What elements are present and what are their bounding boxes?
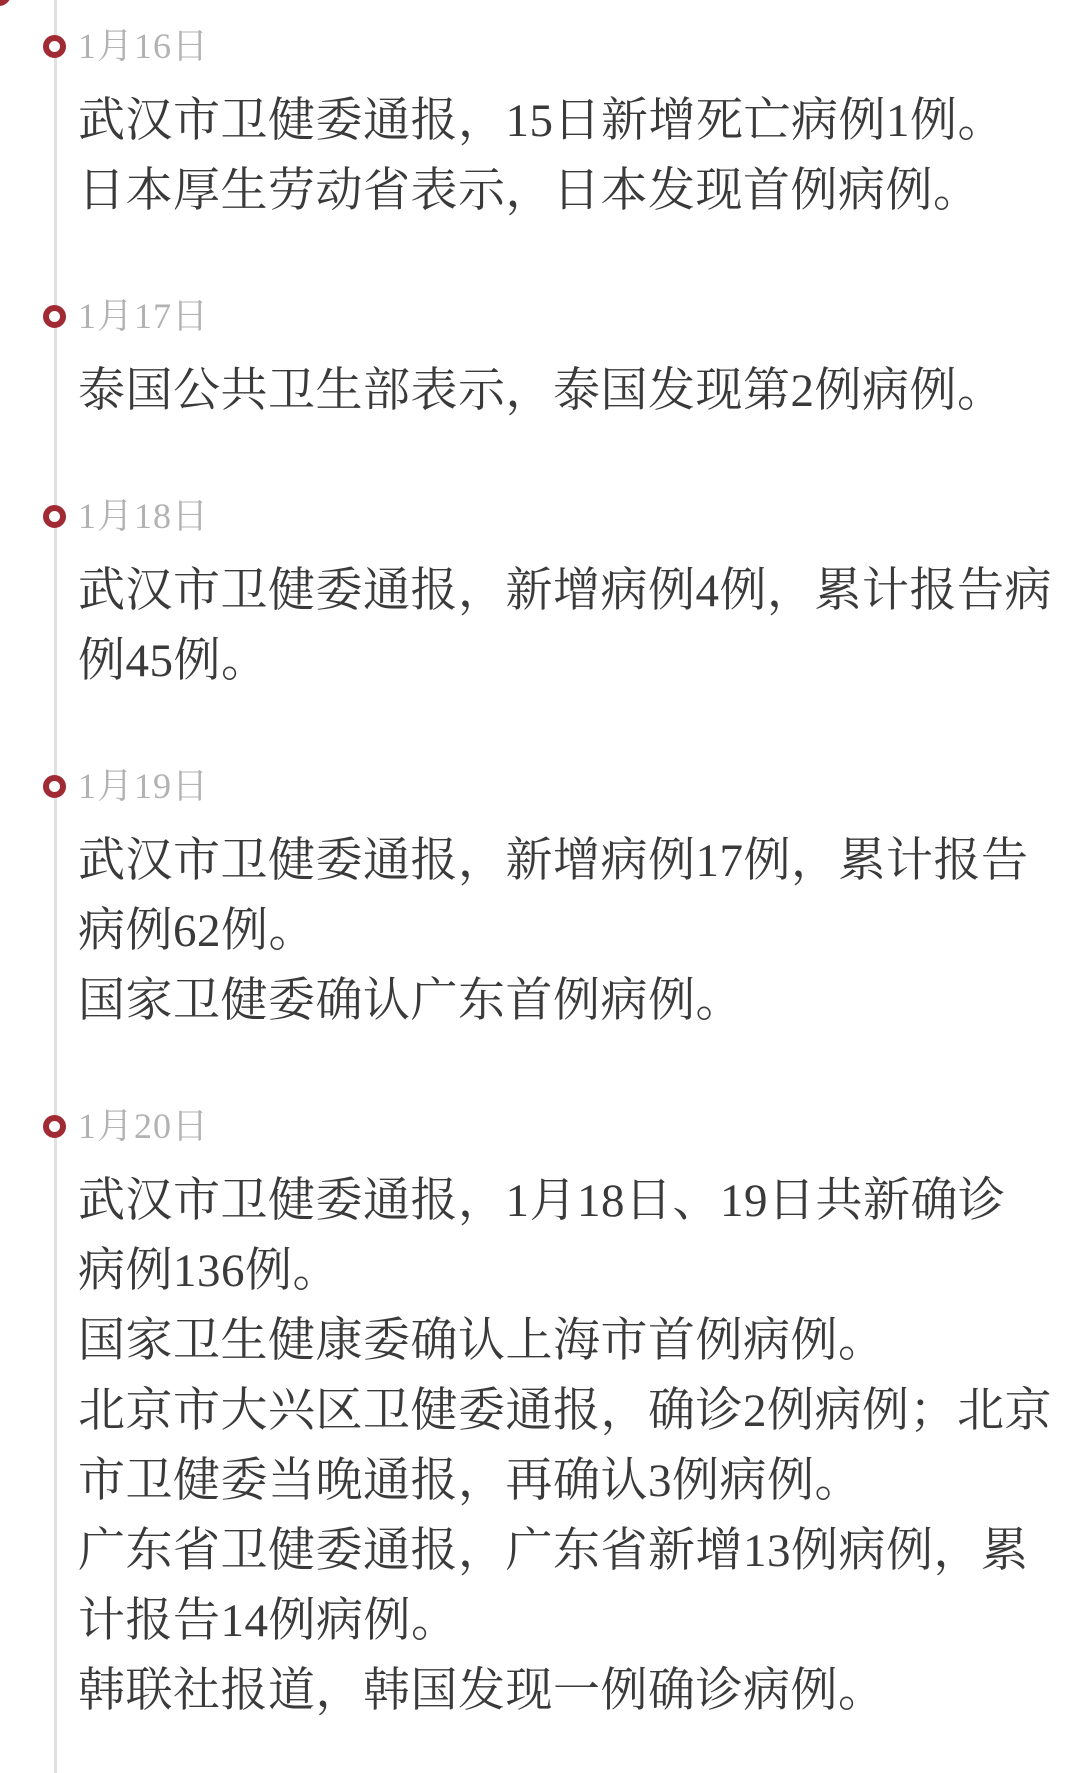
entry-text-line: 计报告14例病例。 bbox=[78, 1586, 1080, 1656]
entry-text-line: 国家卫生健康委确认上海市首例病例。 bbox=[78, 1306, 1080, 1376]
entry-text-line: 武汉市卫健委通报，新增病例4例，累计报告病 bbox=[78, 556, 1080, 626]
timeline-entry: 1月18日 武汉市卫健委通报，新增病例4例，累计报告病 例45例。 bbox=[0, 494, 1080, 696]
timeline-ring-dot-icon bbox=[43, 775, 66, 798]
timeline-entry: 1月17日 泰国公共卫生部表示，泰国发现第2例病例。 bbox=[0, 294, 1080, 426]
entry-body: 武汉市卫健委通报，新增病例17例，累计报告 病例62例。 国家卫健委确认广东首例… bbox=[78, 826, 1080, 1036]
entry-date: 1月19日 bbox=[78, 764, 1080, 808]
entry-text-line: 广东省卫健委通报，广东省新增13例病例，累 bbox=[78, 1516, 1080, 1586]
entry-text-line: 武汉市卫健委通报，新增病例17例，累计报告 bbox=[78, 826, 1080, 896]
entry-body: 武汉市卫健委通报，15日新增死亡病例1例。 日本厚生劳动省表示，日本发现首例病例… bbox=[78, 86, 1080, 226]
entry-text-line: 病例136例。 bbox=[78, 1236, 1080, 1306]
entry-text-line: 武汉市卫健委通报，1月18日、19日共新确诊 bbox=[78, 1166, 1080, 1236]
entry-text-line: 武汉市卫健委通报，15日新增死亡病例1例。 bbox=[78, 86, 1080, 156]
article-timeline-page: 1月16日 武汉市卫健委通报，15日新增死亡病例1例。 日本厚生劳动省表示，日本… bbox=[0, 0, 1080, 1773]
entry-text-line: 韩联社报道，韩国发现一例确诊病例。 bbox=[78, 1656, 1080, 1726]
timeline-ring-dot-icon bbox=[43, 1115, 66, 1138]
entry-text-line: 泰国公共卫生部表示，泰国发现第2例病例。 bbox=[78, 356, 1080, 426]
entry-text-line: 病例62例。 bbox=[78, 896, 1080, 966]
entry-date: 1月18日 bbox=[78, 494, 1080, 538]
entry-date: 1月17日 bbox=[78, 294, 1080, 338]
entry-body: 武汉市卫健委通报，1月18日、19日共新确诊 病例136例。 国家卫生健康委确认… bbox=[78, 1166, 1080, 1726]
entry-date: 1月16日 bbox=[78, 24, 1080, 68]
timeline-entries: 1月16日 武汉市卫健委通报，15日新增死亡病例1例。 日本厚生劳动省表示，日本… bbox=[0, 0, 1080, 1726]
timeline-entry: 1月16日 武汉市卫健委通报，15日新增死亡病例1例。 日本厚生劳动省表示，日本… bbox=[0, 24, 1080, 226]
timeline-ring-dot-icon bbox=[43, 505, 66, 528]
entry-date: 1月20日 bbox=[78, 1104, 1080, 1148]
timeline-entry: 1月20日 武汉市卫健委通报，1月18日、19日共新确诊 病例136例。 国家卫… bbox=[0, 1104, 1080, 1726]
entry-body: 武汉市卫健委通报，新增病例4例，累计报告病 例45例。 bbox=[78, 556, 1080, 696]
timeline-ring-dot-icon bbox=[43, 35, 66, 58]
timeline-entry: 1月19日 武汉市卫健委通报，新增病例17例，累计报告 病例62例。 国家卫健委… bbox=[0, 764, 1080, 1036]
entry-text-line: 日本厚生劳动省表示，日本发现首例病例。 bbox=[78, 156, 1080, 226]
timeline-ring-dot-icon bbox=[43, 305, 66, 328]
entry-text-line: 例45例。 bbox=[78, 626, 1080, 696]
entry-text-line: 市卫健委当晚通报，再确认3例病例。 bbox=[78, 1446, 1080, 1516]
entry-text-line: 北京市大兴区卫健委通报，确诊2例病例；北京 bbox=[78, 1376, 1080, 1446]
entry-text-line: 国家卫健委确认广东首例病例。 bbox=[78, 966, 1080, 1036]
entry-body: 泰国公共卫生部表示，泰国发现第2例病例。 bbox=[78, 356, 1080, 426]
